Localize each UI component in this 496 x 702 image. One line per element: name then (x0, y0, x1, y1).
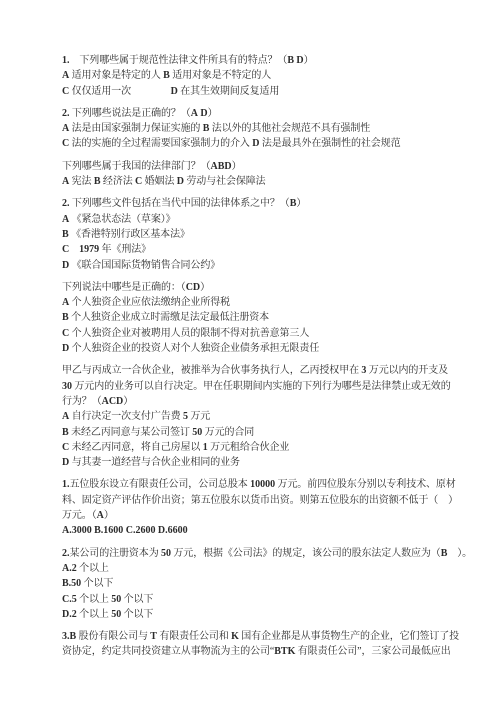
text-line: B 《香港特别行政区基本法》 (62, 227, 440, 242)
question-block-4: 2. 下列哪些文件包括在当代中国的法律体系之中？（B）A 《紧急状态法（草案）》… (62, 196, 440, 272)
text-line: D.2 个以上 50 个以下 (62, 607, 440, 622)
question-block-5: 下列说法中哪些是正确的：（CD）A 个人独资企业应依法缴纳企业所得税B 个人独资… (62, 280, 440, 356)
text-line: C.5 个以上 50 个以下 (62, 592, 440, 607)
text-line: B 未经乙丙同意与某公司签订 50 万元的合同 (62, 425, 440, 440)
question-list: 1. 下列哪些属于规范性法律文件所具有的特点？（B D）A 适用对象是特定的人 … (62, 53, 440, 667)
text-line: 3.B 股份有限公司与 T 有限责任公司和 K 国有企业都是从事货物生产的企业，… (62, 629, 440, 644)
text-line: D 个人独资企业的投资人对个人独资企业债务承担无限责任 (62, 341, 440, 356)
question-block-7: 1.五位股东设立有限责任公司，公司总股本 10000 万元。前四位股东分别以专利… (62, 477, 440, 538)
text-line: A 法是由国家强制力保证实施的 B 法以外的其他社会规范不具有强制性 (62, 121, 440, 136)
text-line: C 仅仅适用一次 D 在其生效期间反复适用 (62, 84, 440, 99)
text-line: A.3000 B.1600 C.2600 D.6600 (62, 523, 440, 538)
question-block-3: 下列哪些属于我国的法律部门？（ABD）A 宪法 B 经济法 C 婚姻法 D 劳动… (62, 159, 440, 190)
question-block-9: 3.B 股份有限公司与 T 有限责任公司和 K 国有企业都是从事货物生产的企业，… (62, 629, 440, 660)
question-block-6: 甲乙与丙成立一合伙企业，被推举为合伙事务执行人，乙丙授权甲在 3 万元以内的开支… (62, 363, 440, 470)
text-line: 1. 下列哪些属于规范性法律文件所具有的特点？（B D） (62, 53, 440, 68)
text-line: D 《联合国国际货物销售合同公约》 (62, 258, 440, 273)
text-line: 下列说法中哪些是正确的：（CD） (62, 280, 440, 295)
text-line: A 宪法 B 经济法 C 婚姻法 D 劳动与社会保障法 (62, 174, 440, 189)
text-line: 30 万元内的业务可以自行决定。甲在任职期间内实施的下列行为哪些是法律禁止或无效… (62, 379, 440, 394)
question-block-8: 2.某公司的注册资本为 50 万元，根据《公司法》的规定，该公司的股东法定人数应… (62, 546, 440, 622)
text-line: B 个人独资企业成立时需缴足法定最低注册资本 (62, 310, 440, 325)
question-block-2: 2. 下列哪些说法是正确的？（A D）A 法是由国家强制力保证实施的 B 法以外… (62, 106, 440, 152)
text-line: 1.五位股东设立有限责任公司，公司总股本 10000 万元。前四位股东分别以专利… (62, 477, 440, 492)
text-line: A 个人独资企业应依法缴纳企业所得税 (62, 295, 440, 310)
text-line: A 自行决定一次支付广告费 5 万元 (62, 409, 440, 424)
text-line: 下列哪些属于我国的法律部门？（ABD） (62, 159, 440, 174)
text-line: 料、固定资产评估作价出资；第五位股东以货币出资。则第五位股东的出资额不低于（ ） (62, 493, 440, 508)
text-line: C 未经乙丙同意，将自己房屋以 1 万元租给合伙企业 (62, 440, 440, 455)
exam-document-page: 1. 下列哪些属于规范性法律文件所具有的特点？（B D）A 适用对象是特定的人 … (0, 0, 496, 702)
text-line: C 个人独资企业对被聘用人员的限制不得对抗善意第三人 (62, 326, 440, 341)
text-line: A.2 个以上 (62, 561, 440, 576)
text-line: B.50 个以下 (62, 576, 440, 591)
text-line: D 与其妻一道经营与合伙企业相同的业务 (62, 455, 440, 470)
text-line: 甲乙与丙成立一合伙企业，被推举为合伙事务执行人，乙丙授权甲在 3 万元以内的开支… (62, 363, 440, 378)
text-line: 行为？（ACD） (62, 394, 440, 409)
text-line: 2.某公司的注册资本为 50 万元，根据《公司法》的规定，该公司的股东法定人数应… (62, 546, 440, 561)
text-line: C 1979 年《刑法》 (62, 242, 440, 257)
text-line: A 《紧急状态法（草案）》 (62, 212, 440, 227)
text-line: 资协定，约定共同投资建立从事物流为主的公司“BTK 有限责任公司”，三家公司最低… (62, 644, 440, 659)
text-line: 2. 下列哪些文件包括在当代中国的法律体系之中？（B） (62, 196, 440, 211)
text-line: A 适用对象是特定的人 B 适用对象是不特定的人 (62, 68, 440, 83)
question-block-1: 1. 下列哪些属于规范性法律文件所具有的特点？（B D）A 适用对象是特定的人 … (62, 53, 440, 99)
text-line: 万元。（A） (62, 508, 440, 523)
text-line: 2. 下列哪些说法是正确的？（A D） (62, 106, 440, 121)
text-line: C 法的实施的全过程需要国家强制力的介入 D 法是最具外在强制性的社会规范 (62, 136, 440, 151)
